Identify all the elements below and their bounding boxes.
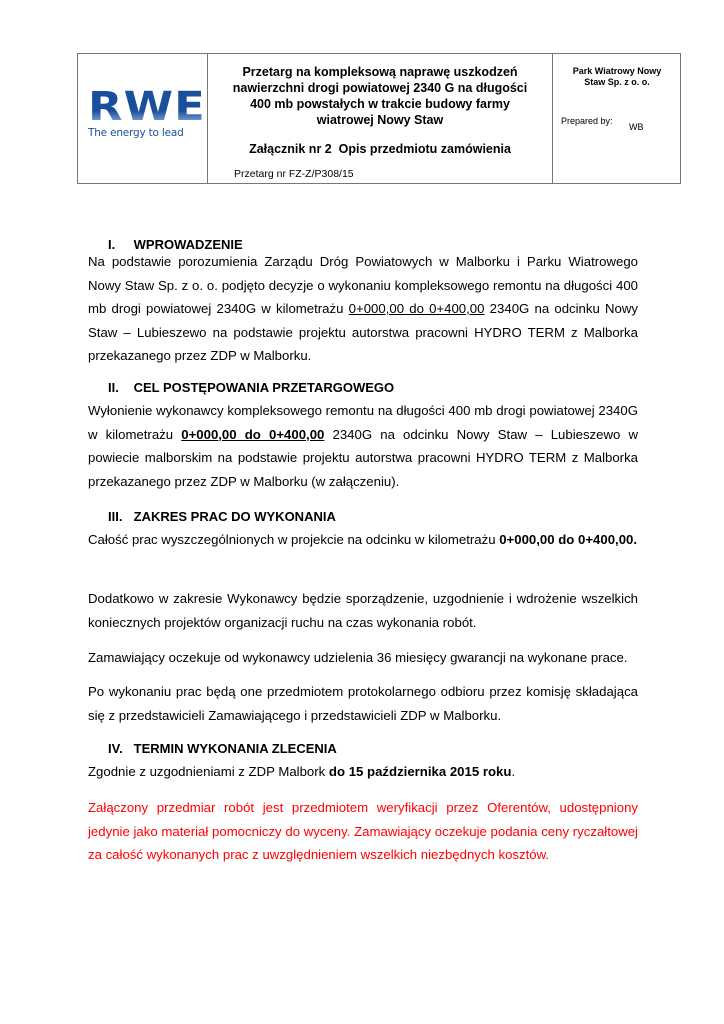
text-run: Po wykonaniu prac będą one przedmiotem p…: [88, 684, 638, 723]
document-title: Przetarg na kompleksową naprawę uszkodze…: [208, 64, 552, 128]
section-title: CEL POSTĘPOWANIA PRZETARGOWEGO: [134, 380, 395, 395]
section-heading: III. ZAKRES PRAC DO WYKONANIA: [108, 509, 336, 524]
document-page: RWE The energy to lead Przetarg na kompl…: [0, 0, 724, 1024]
text-run: Zamawiający oczekuje od wykonawcy udziel…: [88, 650, 628, 665]
section-title: TERMIN WYKONANIA ZLECENIA: [134, 741, 337, 756]
paragraph: Całość prac wyszczególnionych w projekci…: [88, 528, 638, 552]
section-heading: II. CEL POSTĘPOWANIA PRZETARGOWEGO: [108, 380, 394, 395]
company-line: Staw Sp. z o. o.: [553, 77, 681, 88]
text-run: 0+000,00 do 0+400,00.: [499, 532, 637, 547]
title-line: Przetarg na kompleksową naprawę uszkodze…: [216, 64, 544, 80]
prepared-by-value: WB: [629, 122, 644, 132]
rwe-logo: RWE The energy to lead: [88, 88, 200, 139]
paragraph: Zamawiający oczekuje od wykonawcy udziel…: [88, 646, 638, 670]
header-meta-cell: Park Wiatrowy Nowy Staw Sp. z o. o. Prep…: [553, 54, 681, 183]
document-header-table: RWE The energy to lead Przetarg na kompl…: [77, 53, 681, 184]
paragraph: Zgodnie z uzgodnieniami z ZDP Malbork do…: [88, 760, 638, 784]
title-line: wiatrowej Nowy Staw: [216, 112, 544, 128]
section-number: III.: [108, 509, 130, 524]
company-name: Park Wiatrowy Nowy Staw Sp. z o. o.: [553, 66, 681, 88]
header-logo-cell: RWE The energy to lead: [78, 54, 208, 183]
text-run: Dodatkowo w zakresie Wykonawcy będzie sp…: [88, 591, 638, 630]
prepared-by-label: Prepared by:: [561, 116, 613, 126]
text-run: Załączony przedmiar robót jest przedmiot…: [88, 800, 638, 862]
text-run: .: [511, 764, 515, 779]
section-number: II.: [108, 380, 130, 395]
tender-number: Przetarg nr FZ-Z/P308/15: [234, 168, 354, 180]
paragraph: Wyłonienie wykonawcy kompleksowego remon…: [88, 399, 638, 493]
attachment-title: Załącznik nr 2 Opis przedmiotu zamówieni…: [208, 142, 552, 156]
text-run: Zgodnie z uzgodnieniami z ZDP Malbork: [88, 764, 329, 779]
company-line: Park Wiatrowy Nowy: [553, 66, 681, 77]
paragraph: Po wykonaniu prac będą one przedmiotem p…: [88, 680, 638, 727]
section-heading: IV. TERMIN WYKONANIA ZLECENIA: [108, 741, 337, 756]
header-title-cell: Przetarg na kompleksową naprawę uszkodze…: [208, 54, 553, 183]
text-run: do 15 października 2015 roku: [329, 764, 512, 779]
section-title: ZAKRES PRAC DO WYKONANIA: [134, 509, 336, 524]
paragraph: Na podstawie porozumienia Zarządu Dróg P…: [88, 250, 638, 368]
logo-brand: RWE: [88, 88, 213, 126]
section-number: IV.: [108, 741, 130, 756]
text-run: 0+000,00 do 0+400,00: [349, 301, 485, 316]
title-line: nawierzchni drogi powiatowej 2340 G na d…: [216, 80, 544, 96]
paragraph: Dodatkowo w zakresie Wykonawcy będzie sp…: [88, 587, 638, 634]
title-line: 400 mb powstałych w trakcie budowy farmy: [216, 96, 544, 112]
text-run: 0+000,00 do 0+400,00: [181, 427, 324, 442]
text-run: Całość prac wyszczególnionych w projekci…: [88, 532, 499, 547]
paragraph-notice: Załączony przedmiar robót jest przedmiot…: [88, 796, 638, 867]
